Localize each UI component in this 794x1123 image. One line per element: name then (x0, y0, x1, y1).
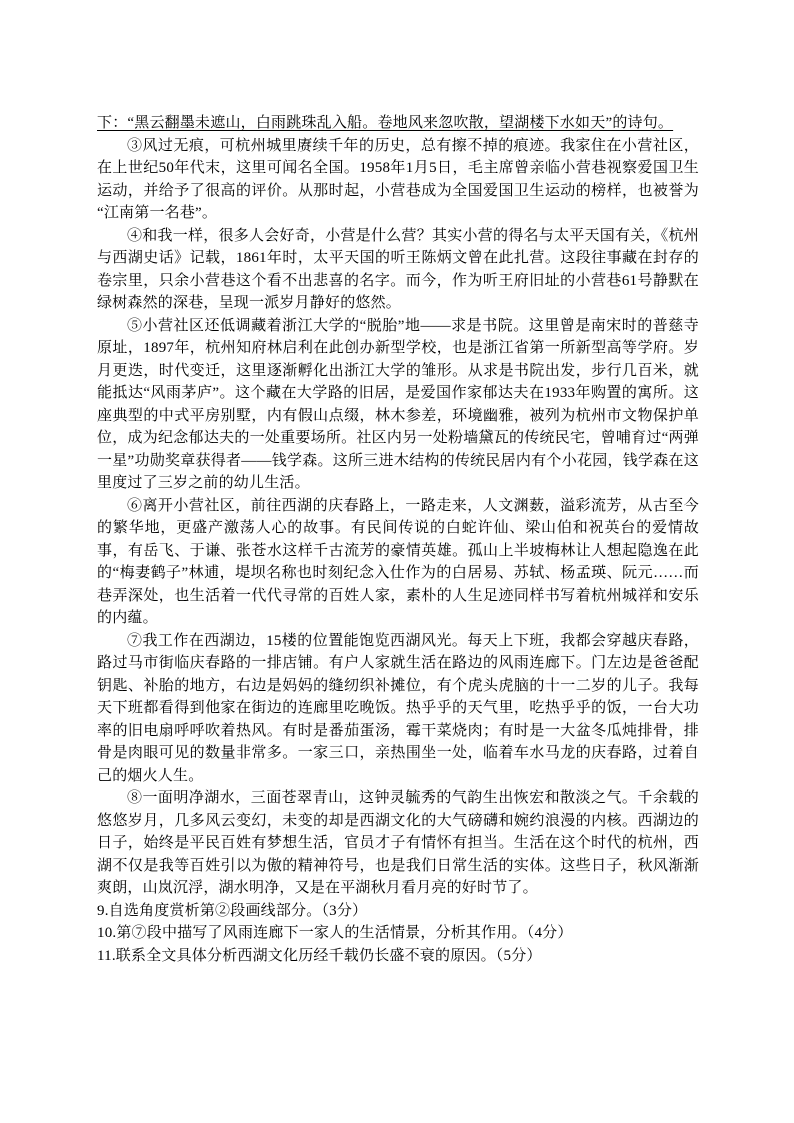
document-page: 下：“黑云翻墨未遮山，白雨跳珠乱入船。卷地风来忽吹散，望湖楼下水如天”的诗句。 … (0, 0, 794, 1123)
paragraph-4: ④和我一样，很多人会好奇，小营是什么营？其实小营的得名与太平天国有关，《杭州与西… (97, 225, 699, 315)
question-10: 10.第⑦段中描写了风雨连廊下一家人的生活情景，分析其作用。（4分） (97, 922, 699, 945)
question-11: 11.联系全文具体分析西湖文化历经千载仍长盛不衰的原因。（5分） (97, 945, 699, 968)
paragraph-7: ⑦我工作在西湖边，15楼的位置能饱览西湖风光。每天上下班，我都会穿越庆春路，路过… (97, 630, 699, 788)
paragraph-3: ③风过无痕，可杭州城里赓续千年的历史，总有擦不掉的痕迹。我家住在小营社区，在上世… (97, 135, 699, 225)
document-body: 下：“黑云翻墨未遮山，白雨跳珠乱入船。卷地风来忽吹散，望湖楼下水如天”的诗句。 … (97, 112, 699, 967)
underlined-poem-line: 下：“黑云翻墨未遮山，白雨跳珠乱入船。卷地风来忽吹散，望湖楼下水如天”的诗句。 (97, 112, 699, 135)
paragraph-6: ⑥离开小营社区，前往西湖的庆春路上，一路走来，人文渊薮，溢彩流芳，从古至今的繁华… (97, 495, 699, 630)
paragraph-8: ⑧一面明净湖水，三面苍翠青山，这钟灵毓秀的气韵生出恢宏和散淡之气。千余载的悠悠岁… (97, 787, 699, 900)
paragraph-5: ⑤小营社区还低调藏着浙江大学的“脱胎”地——求是书院。这里曾是南宋时的普慈寺原址… (97, 315, 699, 495)
question-9: 9.自选角度赏析第②段画线部分。（3分） (97, 900, 699, 923)
